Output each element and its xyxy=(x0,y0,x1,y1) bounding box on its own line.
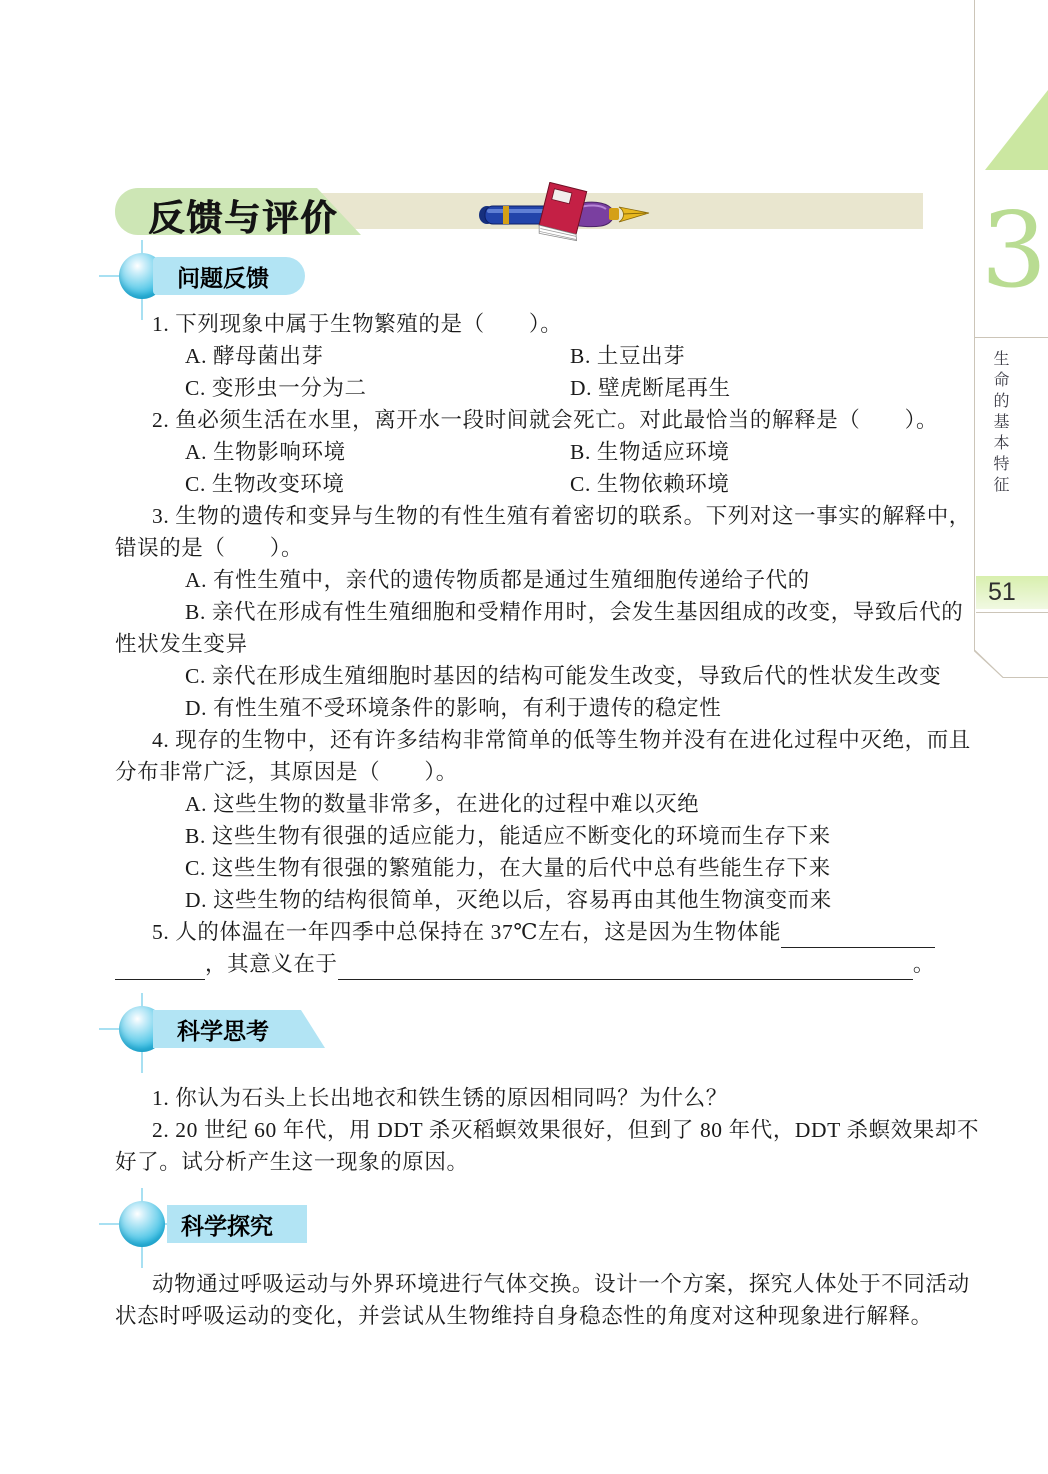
banner-title: 反馈与评价 xyxy=(148,190,338,241)
q5-line1: 5. 人的体温在一年四季中总保持在 37℃左右，这是因为生物体能 xyxy=(115,916,935,948)
chapter-title-vertical: 生命的基本特征 xyxy=(988,350,1011,520)
q1-option-a: A. 酵母菌出芽 xyxy=(185,340,570,372)
thinking-item-2-line1: 2. 20 世纪 60 年代，用 DDT 杀灭稻螟效果很好，但到了 80 年代，… xyxy=(115,1114,935,1146)
science-inquiry-paragraph: 动物通过呼吸运动与外界环境进行气体交换。设计一个方案，探究人体处于不同活动 状态… xyxy=(115,1268,935,1332)
q4-option-a: A. 这些生物的数量非常多，在进化的过程中难以灭绝 xyxy=(115,788,935,820)
q4-stem-line1: 4. 现存的生物中，还有许多结构非常简单的低等生物并没有在进化过程中灭绝，而且 xyxy=(115,724,935,756)
q5-line2-mid: ，其意义在于 xyxy=(205,948,338,980)
thinking-item-1: 1. 你认为石头上长出地衣和铁生锈的原因相同吗？为什么？ xyxy=(115,1082,935,1114)
badge-science-thinking-label: 科学思考 xyxy=(153,1010,325,1048)
sidebar-divider-bottom xyxy=(976,612,1048,613)
q5-answer-blank-1 xyxy=(781,922,935,948)
q5-line1-text: 5. 人的体温在一年四季中总保持在 37℃左右，这是因为生物体能 xyxy=(152,916,781,948)
q1-options-row2: C. 变形虫一分为二D. 壁虎断尾再生 xyxy=(115,372,935,404)
sidebar-green-triangle xyxy=(985,90,1048,170)
fountain-pen-illustration xyxy=(473,182,673,242)
q1-stem: 1. 下列现象中属于生物繁殖的是（ ）。 xyxy=(115,308,935,340)
q1-option-d: D. 壁虎断尾再生 xyxy=(570,376,731,400)
sidebar-divider xyxy=(974,337,1048,338)
q5-answer-blank-3 xyxy=(338,954,913,980)
problem-feedback-questions: 1. 下列现象中属于生物繁殖的是（ ）。 A. 酵母菌出芽B. 土豆出芽 C. … xyxy=(115,308,935,980)
science-thinking-items: 1. 你认为石头上长出地衣和铁生锈的原因相同吗？为什么？ 2. 20 世纪 60… xyxy=(115,1082,935,1178)
page-number: 51 xyxy=(988,578,1016,607)
badge-science-inquiry: 科学探究 xyxy=(115,1200,435,1252)
q2-options-row2: C. 生物改变环境C. 生物依赖环境 xyxy=(115,468,935,500)
q2-option-a: A. 生物影响环境 xyxy=(185,436,570,468)
q3-option-c: C. 亲代在形成生殖细胞时基因的结构可能发生改变，导致后代的性状发生改变 xyxy=(115,660,935,692)
inquiry-line1: 动物通过呼吸运动与外界环境进行气体交换。设计一个方案，探究人体处于不同活动 xyxy=(115,1268,935,1300)
sidebar-corner-line xyxy=(974,650,1048,680)
q3-option-b-line1: B. 亲代在形成有性生殖细胞和受精作用时，会发生基因组成的改变，导致后代的 xyxy=(115,596,935,628)
q2-option-d: C. 生物依赖环境 xyxy=(570,472,730,496)
q2-option-b: B. 生物适应环境 xyxy=(570,440,730,464)
q3-option-d: D. 有性生殖不受环境条件的影响，有利于遗传的稳定性 xyxy=(115,692,935,724)
q2-stem: 2. 鱼必须生活在水里，离开水一段时间就会死亡。对此最恰当的解释是（ ）。 xyxy=(115,404,935,436)
q4-option-d: D. 这些生物的结构很简单，灭绝以后，容易再由其他生物演变而来 xyxy=(115,884,935,916)
q5-answer-blank-2 xyxy=(115,954,205,980)
chapter-number: 3 xyxy=(980,186,1048,314)
badge-science-thinking: 科学思考 xyxy=(115,1005,435,1057)
section-banner: 反馈与评价 xyxy=(115,188,923,235)
thinking-item-2-line2: 好了。试分析产生这一现象的原因。 xyxy=(115,1146,935,1178)
sidebar-border-line xyxy=(974,0,975,651)
q3-option-a: A. 有性生殖中，亲代的遗传物质都是通过生殖细胞传递给子代的 xyxy=(115,564,935,596)
q4-option-c: C. 这些生物有很强的繁殖能力，在大量的后代中总有些能生存下来 xyxy=(115,852,935,884)
badge-problem-feedback-label: 问题反馈 xyxy=(153,257,305,295)
q3-option-b-line2: 性状发生变异 xyxy=(115,628,935,660)
q2-options-row1: A. 生物影响环境B. 生物适应环境 xyxy=(115,436,935,468)
q2-option-c: C. 生物改变环境 xyxy=(185,468,570,500)
q5-line2: ，其意义在于 。 xyxy=(115,948,935,980)
q1-options-row1: A. 酵母菌出芽B. 土豆出芽 xyxy=(115,340,935,372)
q5-line2-end: 。 xyxy=(913,948,935,980)
badge-science-inquiry-label: 科学探究 xyxy=(167,1205,307,1243)
q4-stem-line2: 分布非常广泛，其原因是（ ）。 xyxy=(115,756,935,788)
inquiry-line2: 状态时呼吸运动的变化，并尝试从生物维持自身稳态性的角度对这种现象进行解释。 xyxy=(115,1300,935,1332)
sphere-icon xyxy=(119,1201,165,1247)
badge-problem-feedback: 问题反馈 xyxy=(115,252,435,304)
q3-stem-line1: 3. 生物的遗传和变异与生物的有性生殖有着密切的联系。下列对这一事实的解释中， xyxy=(115,500,935,532)
q1-option-c: C. 变形虫一分为二 xyxy=(185,372,570,404)
q4-option-b: B. 这些生物有很强的适应能力，能适应不断变化的环境而生存下来 xyxy=(115,820,935,852)
textbook-page: 反馈与评价 问题反馈 1. 下列现象 xyxy=(0,0,1048,1474)
q1-option-b: B. 土豆出芽 xyxy=(570,344,685,368)
q3-stem-line2: 错误的是（ ）。 xyxy=(115,532,935,564)
